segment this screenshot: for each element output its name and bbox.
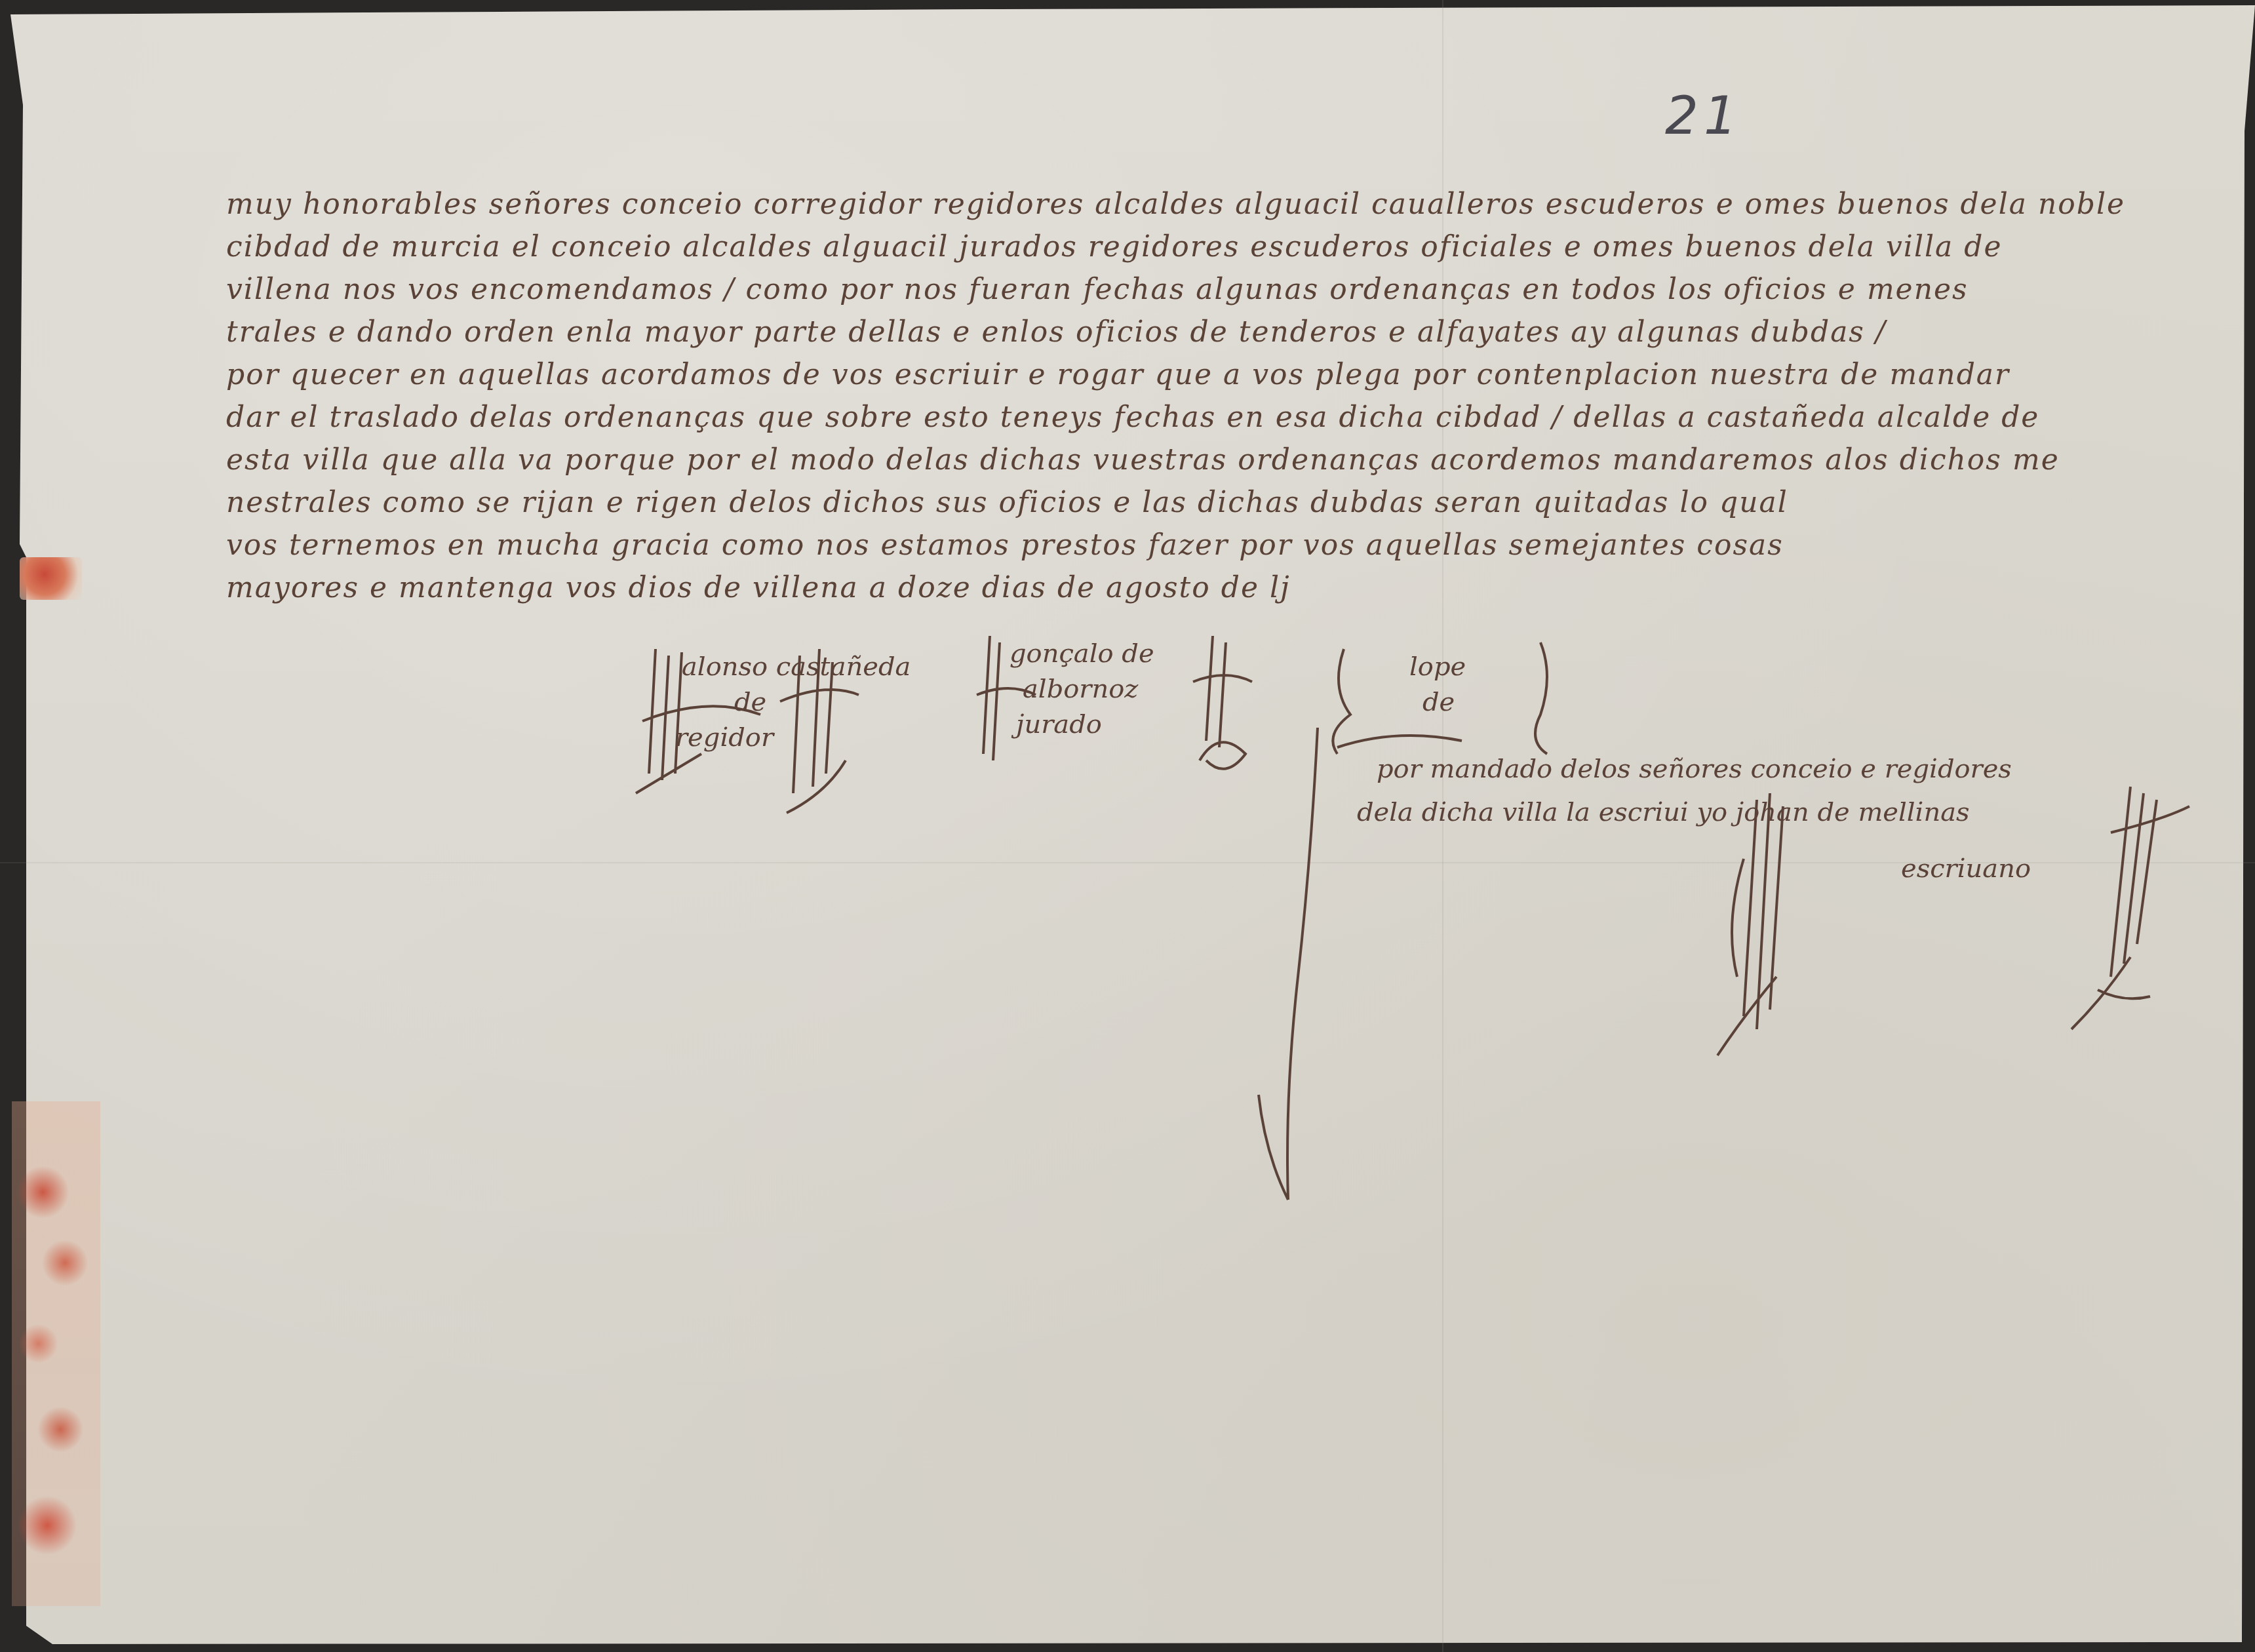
body-line: villena nos vos encomendamos / como por … [226, 269, 2075, 311]
body-line: esta villa que alla va porque por el mod… [226, 439, 2075, 482]
body-line: vos ternemos en mucha gracia como nos es… [226, 524, 2075, 567]
manuscript-scan: 21 muy honorables señores conceio correg… [0, 0, 2255, 1652]
body-line: mayores e mantenga vos dios de villena a… [226, 567, 2075, 610]
folio-number: 21 [1665, 85, 1742, 146]
vertical-pen-stroke [1259, 728, 1337, 1219]
notary-signature-flourishes [1704, 780, 2203, 1069]
body-line: nestrales como se rijan e rigen delos di… [226, 482, 2075, 524]
body-line: cibdad de murcia el conceio alcaldes alg… [226, 226, 2075, 269]
wax-seal-remnant-bottom [12, 1101, 100, 1606]
signature-flourish-1 [629, 642, 878, 813]
wax-seal-remnant-top [20, 557, 82, 600]
body-line: trales e dando orden enla mayor parte de… [226, 311, 2075, 354]
body-line: muy honorables señores conceio corregido… [226, 184, 2075, 226]
body-line: por quecer en aquellas acordamos de vos … [226, 354, 2075, 397]
body-line: dar el traslado delas ordenanças que sob… [226, 397, 2075, 439]
signature-flourish-2 [964, 629, 1278, 774]
letter-body: muy honorables señores conceio corregido… [226, 184, 2075, 610]
